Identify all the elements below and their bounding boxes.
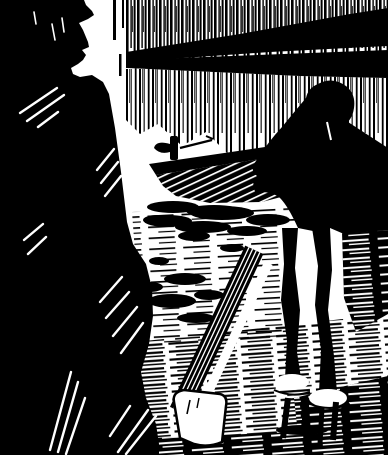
- reed-stroke: [122, 0, 124, 28]
- foot-splash: [309, 389, 347, 407]
- illustration-stage: Man watching a figure at a rowboat: [0, 0, 388, 455]
- mooring-post: [174, 390, 227, 446]
- foot-splash: [275, 374, 309, 390]
- reed-stroke: [119, 54, 122, 76]
- reed-stroke: [113, 0, 116, 40]
- post-body: [174, 390, 227, 446]
- illustration-svg: Man watching a figure at a rowboat: [0, 0, 388, 455]
